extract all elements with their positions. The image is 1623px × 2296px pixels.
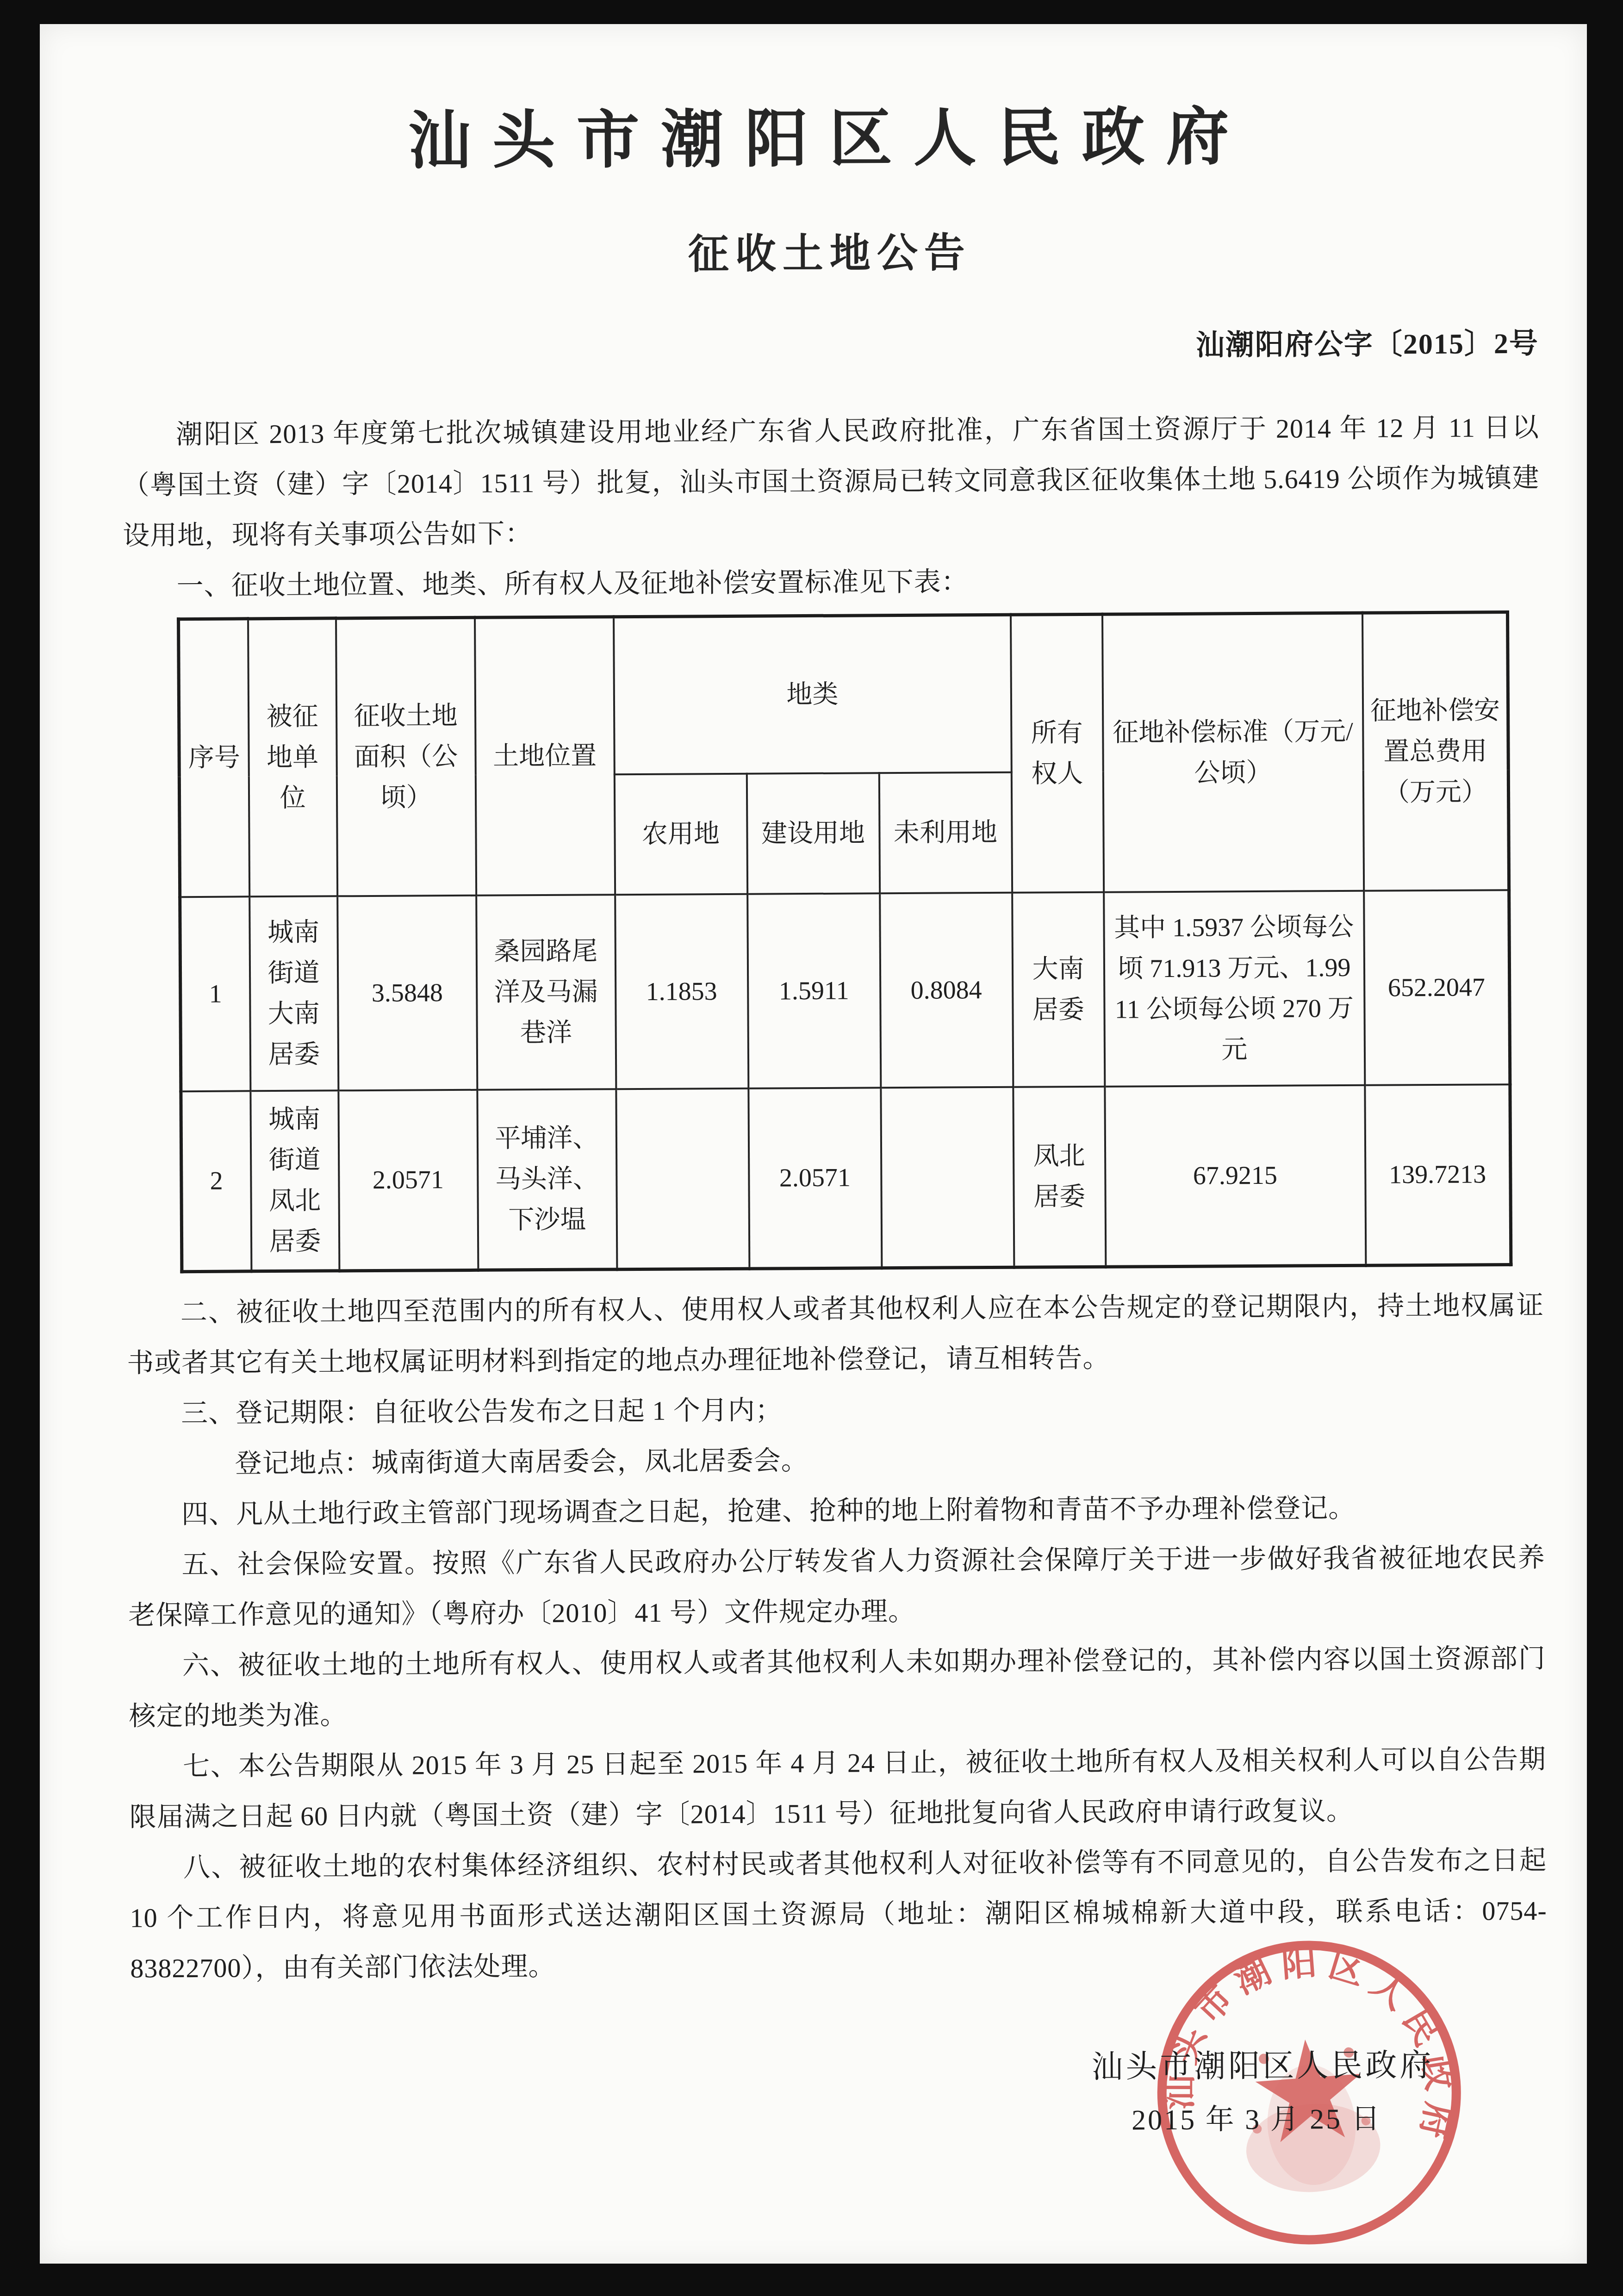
header-agricultural: 农用地 [614, 773, 747, 894]
cell-location: 平埔洋、马头洋、下沙塭 [477, 1089, 617, 1270]
page-title: 汕头市潮阳区人民政府 [120, 84, 1538, 182]
cell-construction: 1.5911 [747, 893, 881, 1088]
signature-date: 2015 年 3 月 25 日 [1132, 2096, 1382, 2138]
header-unit: 被征地单位 [248, 618, 337, 896]
header-construction: 建设用地 [746, 773, 879, 894]
item-4: 四、凡从土地行政主管部门现场调查之日起，抢建、抢种的地上附着物和青苗不予办理补偿… [128, 1482, 1545, 1540]
intro-paragraph: 潮阳区 2013 年度第七批次城镇建设用地业经广东省人民政府批准，广东省国土资源… [122, 402, 1540, 561]
cell-location: 桑园路尾洋及马漏巷洋 [476, 895, 616, 1090]
header-standard: 征地补偿标准（万元/公顷） [1102, 613, 1364, 892]
land-expropriation-table: 序号 被征地单位 征收土地面积（公顷） 土地位置 地类 所有权人 征地补偿标准（… [177, 610, 1512, 1273]
header-land-class: 地类 [614, 615, 1012, 774]
item-1-lead: 一、征收土地位置、地类、所有权人及征地补偿安置标准见下表： [123, 554, 1540, 611]
header-seq: 序号 [179, 619, 249, 897]
document-number: 汕潮阳府公字〔2015〕2号 [122, 320, 1539, 369]
cell-unit: 城南街道凤北居委 [250, 1090, 339, 1271]
item-3-place: 登记地点：城南街道大南居委会，凤北居委会。 [127, 1431, 1545, 1489]
cell-agricultural: 1.1853 [615, 894, 748, 1089]
cell-area: 3.5848 [337, 895, 477, 1090]
official-seal-icon: 汕头市潮阳区人民政府 [1135, 1919, 1483, 2266]
document-content: 汕头市潮阳区人民政府 征收土地公告 汕潮阳府公字〔2015〕2号 潮阳区 201… [34, 20, 1592, 2267]
item-3: 三、登记期限：自征收公告发布之日起 1 个月内； [127, 1381, 1545, 1439]
item-2: 二、被征收土地四至范围内的所有权人、使用权人或者其他权利人应在本公告规定的登记期… [127, 1280, 1544, 1388]
cell-total: 139.7213 [1365, 1084, 1511, 1266]
header-area: 征收土地面积（公顷） [336, 617, 476, 896]
cell-seq: 2 [181, 1091, 251, 1272]
item-6: 六、被征收土地的土地所有权人、使用权人或者其他权利人未如期办理补偿登记的，其补偿… [129, 1633, 1546, 1742]
scan-border: 汕头市潮阳区人民政府 征收土地公告 汕潮阳府公字〔2015〕2号 潮阳区 201… [0, 0, 1623, 2296]
header-unused: 未利用地 [879, 772, 1012, 893]
document-page: 汕头市潮阳区人民政府 征收土地公告 汕潮阳府公字〔2015〕2号 潮阳区 201… [40, 24, 1587, 2264]
announcement-subtitle: 征收土地公告 [121, 218, 1539, 283]
cell-standard: 其中 1.5937 公顷每公顷 71.913 万元、1.9911 公顷每公顷 2… [1104, 890, 1365, 1086]
item-7: 七、本公告期限从 2015 年 3 月 25 日起至 2015 年 4 月 24… [129, 1734, 1547, 1842]
table-row-2: 2 城南街道凤北居委 2.0571 平埔洋、马头洋、下沙塭 2.0571 凤北居… [181, 1084, 1511, 1272]
cell-standard: 67.9215 [1105, 1085, 1366, 1267]
cell-area: 2.0571 [338, 1089, 478, 1271]
cell-seq: 1 [180, 896, 250, 1091]
cell-unused: 0.8084 [880, 892, 1013, 1087]
header-total: 征地补偿安置总费用（万元） [1362, 612, 1509, 891]
cell-construction: 2.0571 [748, 1088, 882, 1269]
cell-agricultural [616, 1088, 749, 1269]
header-location: 土地位置 [475, 617, 615, 896]
cell-total: 652.2047 [1364, 890, 1510, 1085]
cell-owner: 凤北居委 [1013, 1086, 1106, 1267]
item-5: 五、社会保险安置。按照《广东省人民政府办公厅转发省人力资源社会保障厅关于进一步做… [128, 1532, 1545, 1641]
cell-owner: 大南居委 [1012, 892, 1105, 1087]
cell-unit: 城南街道大南居委 [249, 896, 338, 1091]
header-owner: 所有权人 [1011, 614, 1104, 892]
table-row-1: 1 城南街道大南居委 3.5848 桑园路尾洋及马漏巷洋 1.1853 1.59… [180, 890, 1510, 1091]
signature-issuer: 汕头市潮阳区人民政府 [1091, 2040, 1434, 2087]
cell-unused [881, 1087, 1014, 1268]
